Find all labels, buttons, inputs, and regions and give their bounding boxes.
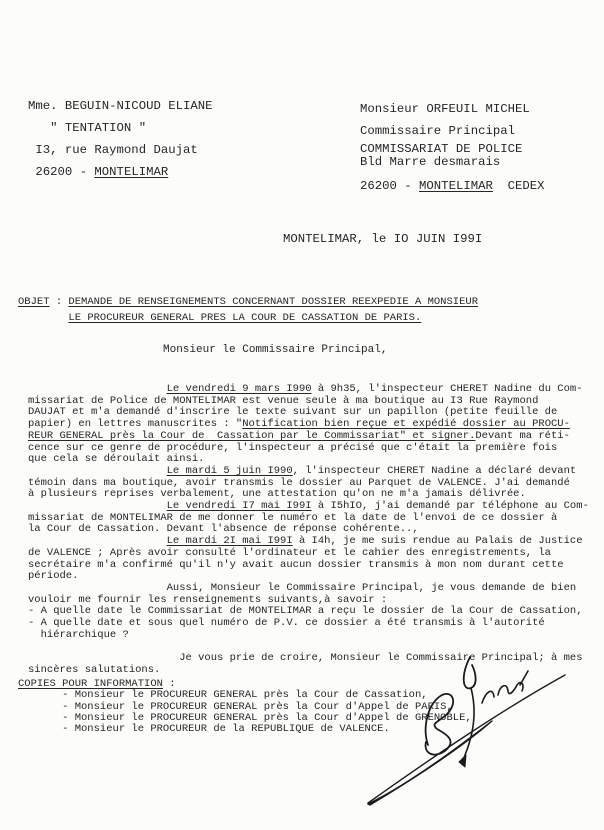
letter-body: Le vendredi 9 mars I990 à 9h35, l'inspec… (28, 384, 589, 677)
text-line: Monsieur ORFEUIL MICHEL (360, 103, 545, 116)
letter-page: Mme. BEGUIN-NICOUD ELIANE " TENTATION " … (0, 0, 604, 830)
recipient-address-block: Monsieur ORFEUIL MICHELCommissaire Princ… (360, 103, 545, 193)
text-line: secrétaire m'a confirmé qu'il n'y avait … (28, 560, 589, 572)
signature-squiggle (482, 683, 523, 703)
salutation-line: Monsieur le Commissaire Principal, (163, 344, 387, 356)
text-line: hiérarchique ? (28, 630, 589, 642)
text-line: - Monsieur le PROCUREUR de la REPUBLIQUE… (18, 724, 472, 735)
text-line: " TENTATION " (28, 122, 212, 135)
text-line: 26200 - MONTELIMAR (28, 166, 212, 179)
text-line: LE PROCUREUR GENERAL PRES LA COUR DE CAS… (18, 310, 478, 326)
text-line: I3, rue Raymond Daujat (28, 144, 212, 157)
text-line: Bld Marre desmarais (360, 156, 545, 169)
signature-descender-arrow (459, 755, 466, 767)
text-line: Mme. BEGUIN-NICOUD ELIANE (28, 100, 212, 113)
text-line: 26200 - MONTELIMAR CEDEX (360, 180, 545, 193)
sender-address-block: Mme. BEGUIN-NICOUD ELIANE " TENTATION " … (28, 100, 212, 179)
date-line: MONTELIMAR, le IO JUIN I99I (283, 233, 482, 246)
text-line: OBJET : DEMANDE DE RENSEIGNEMENTS CONCER… (18, 294, 478, 310)
text-line: sincères salutations. (28, 665, 589, 677)
copies-for-information-section: COPIES POUR INFORMATION : - Monsieur le … (18, 679, 472, 735)
text-line: Commissaire Principal (360, 125, 545, 138)
subject-block: OBJET : DEMANDE DE RENSEIGNEMENTS CONCER… (18, 294, 478, 326)
